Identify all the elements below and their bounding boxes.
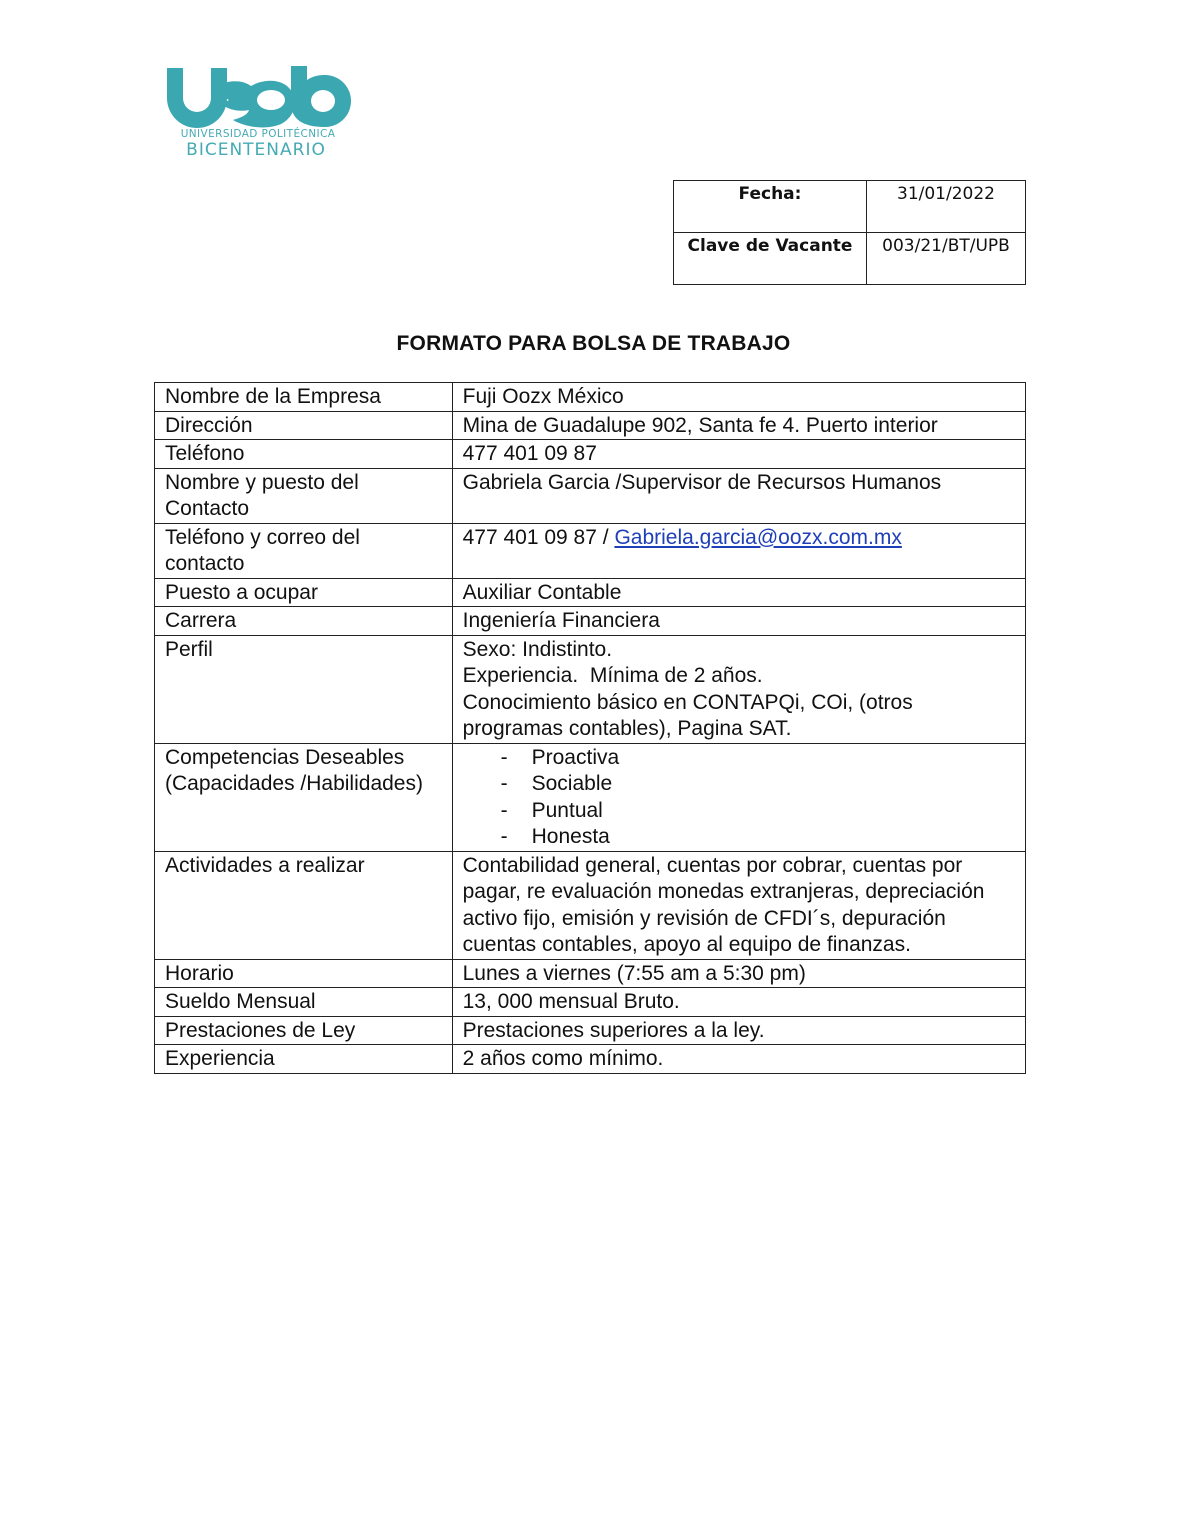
tel-correo-value: 477 401 09 87 / Gabriela.garcia@oozx.com…: [452, 523, 1025, 578]
job-form-table: Nombre de la Empresa Fuji Oozx México Di…: [154, 382, 1026, 1074]
contact-email-link[interactable]: Gabriela.garcia@oozx.com.mx: [614, 526, 901, 549]
fecha-label: Fecha:: [674, 181, 867, 233]
empresa-label: Nombre de la Empresa: [155, 383, 453, 412]
perfil-line: Experiencia. Mínima de 2 años.: [463, 663, 1015, 690]
meta-row-clave: Clave de Vacante 003/21/BT/UPB: [674, 233, 1026, 285]
contacto-label: Nombre y puesto del Contacto: [155, 468, 453, 523]
horario-value: Lunes a viernes (7:55 am a 5:30 pm): [452, 959, 1025, 988]
document-title: FORMATO PARA BOLSA DE TRABAJO: [0, 332, 1187, 356]
direccion-value: Mina de Guadalupe 902, Santa fe 4. Puert…: [452, 411, 1025, 440]
list-item: Sociable: [463, 771, 1015, 798]
telefono-value: 477 401 09 87: [452, 440, 1025, 469]
contact-phone: 477 401 09 87 /: [463, 526, 615, 549]
carrera-label: Carrera: [155, 607, 453, 636]
actividades-label: Actividades a realizar: [155, 851, 453, 959]
logo-bicentenario-text: BICENTENARIO: [163, 140, 349, 160]
experiencia-label: Experiencia: [155, 1045, 453, 1074]
table-row: Horario Lunes a viernes (7:55 am a 5:30 …: [155, 959, 1026, 988]
sueldo-label: Sueldo Mensual: [155, 988, 453, 1017]
direccion-label: Dirección: [155, 411, 453, 440]
empresa-value: Fuji Oozx México: [452, 383, 1025, 412]
perfil-line: Conocimiento básico en CONTAPQi, COi, (o…: [463, 690, 1015, 743]
table-row: Sueldo Mensual 13, 000 mensual Bruto.: [155, 988, 1026, 1017]
table-row: Carrera Ingeniería Financiera: [155, 607, 1026, 636]
puesto-value: Auxiliar Contable: [452, 578, 1025, 607]
perfil-value: Sexo: Indistinto. Experiencia. Mínima de…: [452, 635, 1025, 743]
logo-university-text: UNIVERSIDAD POLITÉCNICA: [165, 128, 351, 140]
telefono-label: Teléfono: [155, 440, 453, 469]
table-row: Nombre de la Empresa Fuji Oozx México: [155, 383, 1026, 412]
competencias-label: Competencias Deseables (Capacidades /Hab…: [155, 743, 453, 851]
clave-label: Clave de Vacante: [674, 233, 867, 285]
puesto-label: Puesto a ocupar: [155, 578, 453, 607]
competencias-list: Proactiva Sociable Puntual Honesta: [463, 745, 1015, 851]
clave-value: 003/21/BT/UPB: [867, 233, 1026, 285]
carrera-value: Ingeniería Financiera: [452, 607, 1025, 636]
meta-row-fecha: Fecha: 31/01/2022: [674, 181, 1026, 233]
prestaciones-label: Prestaciones de Ley: [155, 1016, 453, 1045]
table-row: Puesto a ocupar Auxiliar Contable: [155, 578, 1026, 607]
contacto-value: Gabriela Garcia /Supervisor de Recursos …: [452, 468, 1025, 523]
list-item: Honesta: [463, 824, 1015, 851]
university-logo: UNIVERSIDAD POLITÉCNICA BICENTENARIO: [163, 66, 353, 158]
horario-label: Horario: [155, 959, 453, 988]
table-row: Teléfono 477 401 09 87: [155, 440, 1026, 469]
table-row: Actividades a realizar Contabilidad gene…: [155, 851, 1026, 959]
upb-logo-mark-icon: [163, 66, 353, 128]
vacancy-meta-table: Fecha: 31/01/2022 Clave de Vacante 003/2…: [673, 180, 1026, 285]
fecha-value: 31/01/2022: [867, 181, 1026, 233]
table-row: Experiencia 2 años como mínimo.: [155, 1045, 1026, 1074]
actividades-value: Contabilidad general, cuentas por cobrar…: [452, 851, 1025, 959]
table-row: Teléfono y correo del contacto 477 401 0…: [155, 523, 1026, 578]
table-row: Dirección Mina de Guadalupe 902, Santa f…: [155, 411, 1026, 440]
competencias-value: Proactiva Sociable Puntual Honesta: [452, 743, 1025, 851]
list-item: Proactiva: [463, 745, 1015, 772]
perfil-label: Perfil: [155, 635, 453, 743]
experiencia-value: 2 años como mínimo.: [452, 1045, 1025, 1074]
table-row: Nombre y puesto del Contacto Gabriela Ga…: [155, 468, 1026, 523]
table-row: Prestaciones de Ley Prestaciones superio…: [155, 1016, 1026, 1045]
perfil-line: Sexo: Indistinto.: [463, 637, 1015, 664]
sueldo-value: 13, 000 mensual Bruto.: [452, 988, 1025, 1017]
tel-correo-label: Teléfono y correo del contacto: [155, 523, 453, 578]
list-item: Puntual: [463, 798, 1015, 825]
prestaciones-value: Prestaciones superiores a la ley.: [452, 1016, 1025, 1045]
table-row: Perfil Sexo: Indistinto. Experiencia. Mí…: [155, 635, 1026, 743]
table-row: Competencias Deseables (Capacidades /Hab…: [155, 743, 1026, 851]
